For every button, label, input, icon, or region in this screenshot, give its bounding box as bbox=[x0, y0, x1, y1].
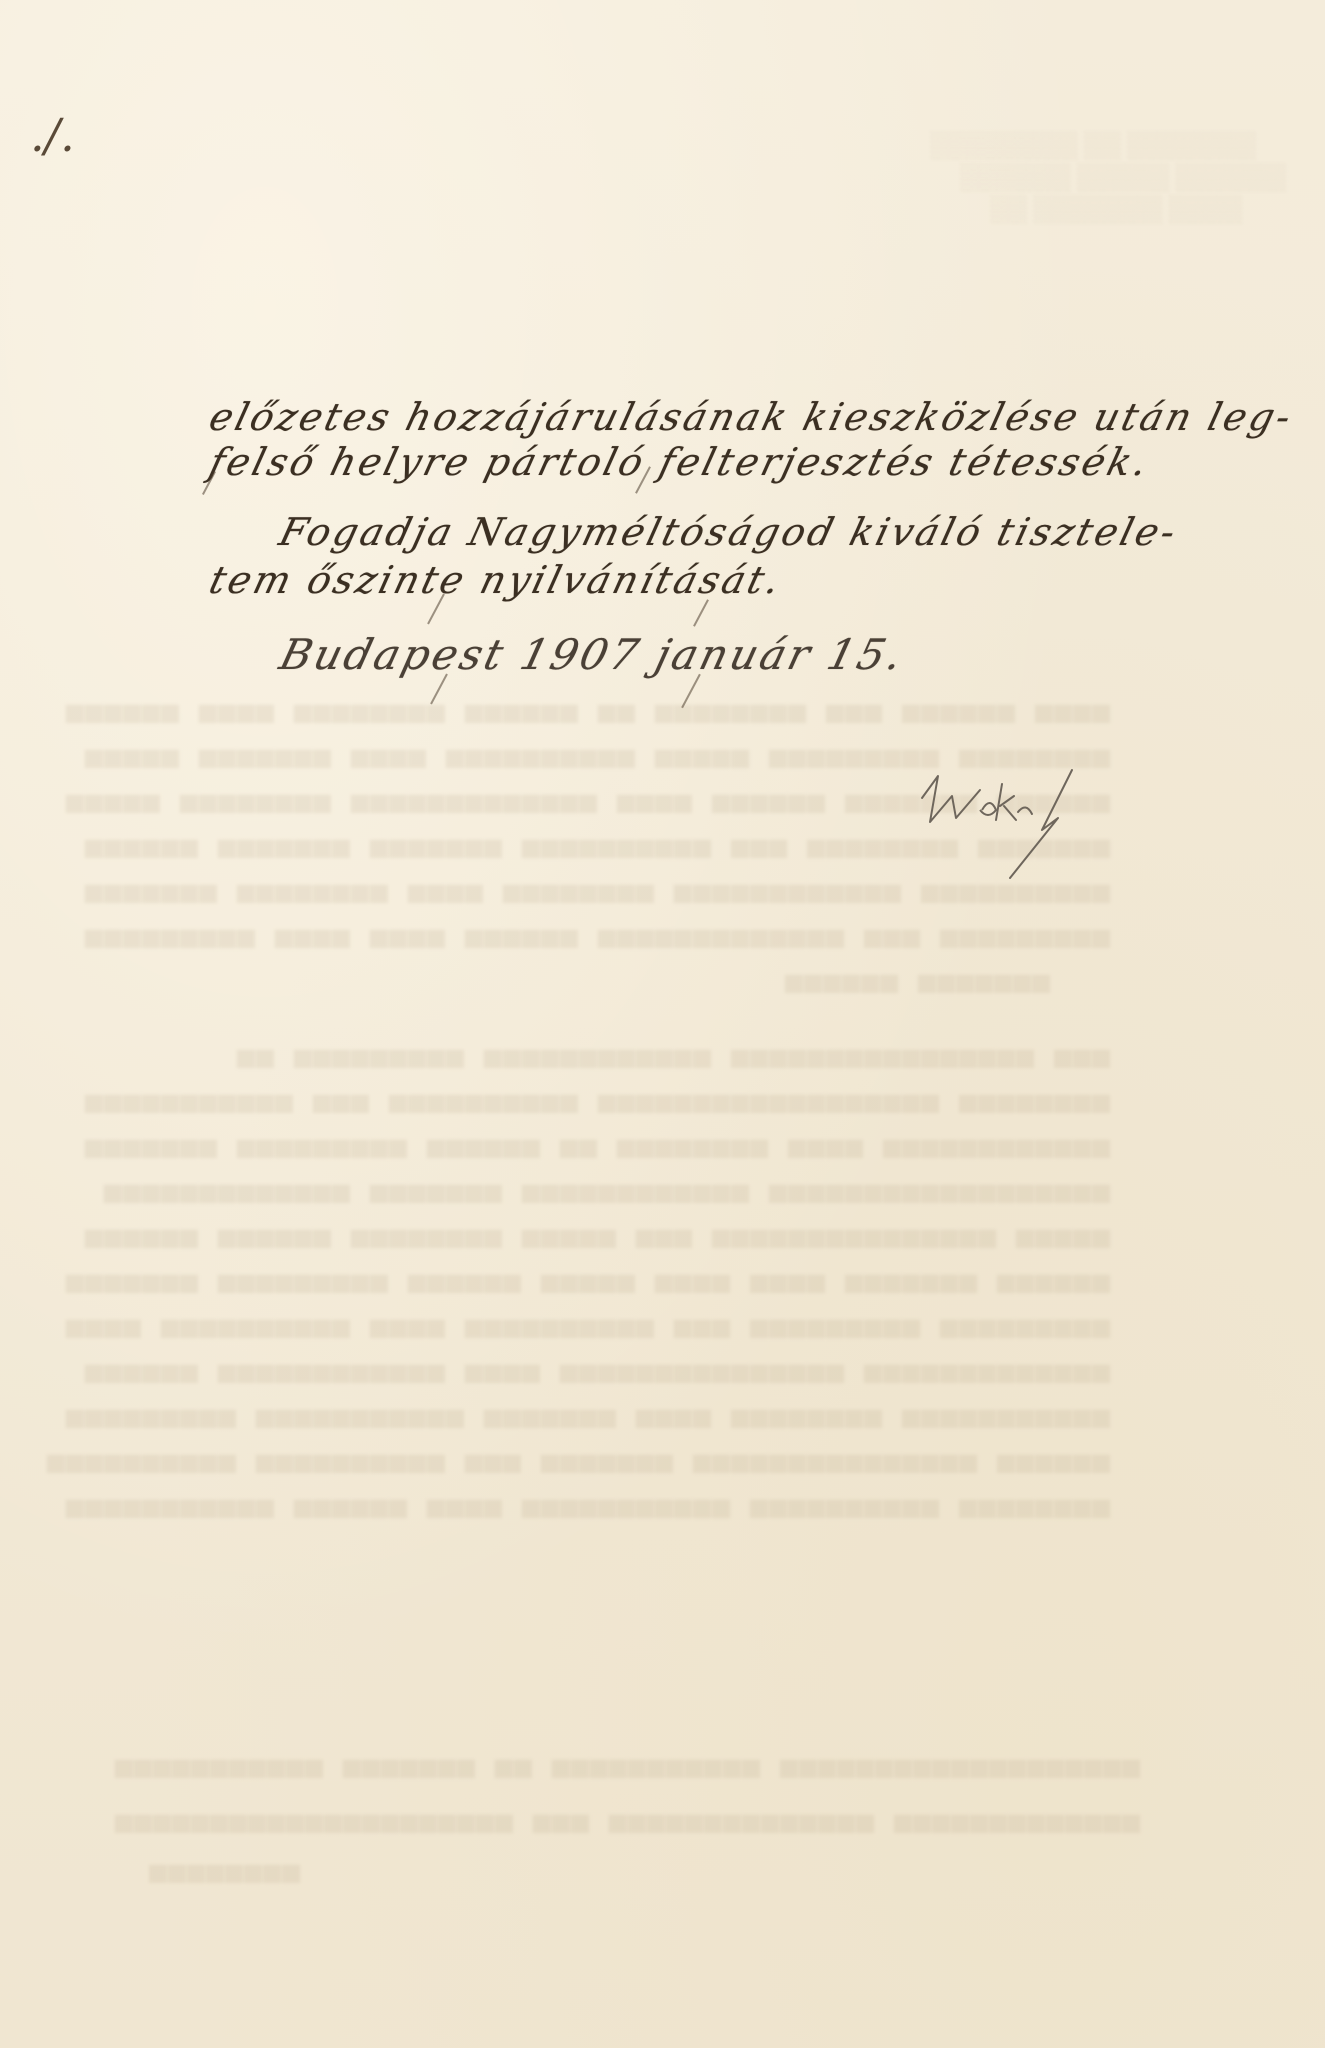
bleed-through-line: ▄▄▄▄▄▄▄ ▄▄▄▄▄▄ bbox=[700, 960, 1050, 994]
bleed-through-line: ▄▄▄▄▄▄▄▄▄▄▄ ▄▄▄▄▄▄▄▄ ▄▄▄▄ ▄▄▄▄▄▄▄ ▄▄▄▄▄▄… bbox=[0, 1395, 1110, 1429]
letter-line-4: tem őszinte nyilvánítását. bbox=[205, 558, 787, 602]
signature-icon bbox=[910, 760, 1110, 880]
bleed-through-header: ▒▒▒▒ ▒▒▒▒▒▒▒ ▒▒ bbox=[990, 194, 1242, 224]
bleed-through-header: ▒▒▒▒▒▒ ▒▒▒▒▒ ▒▒▒▒▒▒ bbox=[960, 162, 1286, 192]
bleed-through-line: ▄▄▄▄▄▄▄▄▄ ▄▄▄▄▄▄▄▄▄ ▄▄▄ ▄▄▄▄▄▄▄▄▄▄ ▄▄▄▄ … bbox=[0, 1305, 1110, 1339]
bleed-through-line: ▄▄▄▄ ▄▄▄▄▄▄ ▄▄▄ ▄▄▄▄▄▄▄▄ ▄▄ ▄▄▄▄▄▄ ▄▄▄▄▄… bbox=[0, 690, 1110, 724]
bleed-through-line: ▄▄▄ ▄▄▄▄▄▄▄▄▄▄▄▄▄▄▄▄ ▄▄▄▄▄▄▄▄▄▄▄▄ ▄▄▄▄▄▄… bbox=[0, 1035, 1110, 1069]
letter-line-1: előzetes hozzájárulásának kieszközlése u… bbox=[205, 395, 1298, 439]
bleed-through-line: ▄▄▄▄▄▄▄▄ ▄▄▄▄▄▄▄▄▄▄▄▄▄▄▄▄▄▄ ▄▄▄▄▄▄▄▄▄▄ ▄… bbox=[0, 1080, 1110, 1114]
document-page: ▒▒▒▒▒▒▒ ▒▒ ▒▒▒▒▒▒▒▒ ▒▒▒▒▒▒ ▒▒▒▒▒ ▒▒▒▒▒▒ … bbox=[0, 0, 1325, 2048]
letter-line-2: felső helyre pártoló felterjesztés tétes… bbox=[205, 440, 1155, 484]
bleed-through-line: ▄▄▄▄▄ ▄▄▄▄▄▄▄▄▄▄▄▄▄▄▄ ▄▄▄ ▄▄▄▄▄ ▄▄▄▄▄▄▄▄… bbox=[0, 1215, 1110, 1249]
bleed-through-line: ▄▄▄▄▄▄▄▄ ▄▄▄▄▄▄▄▄▄▄ ▄▄▄▄▄▄▄▄▄▄▄ ▄▄▄▄ ▄▄▄… bbox=[0, 1485, 1110, 1519]
bleed-through-line: ▄▄▄▄▄▄▄▄ bbox=[0, 1850, 300, 1884]
bleed-through-line: ▄▄▄▄▄▄ ▄▄▄▄▄▄▄ ▄▄▄▄ ▄▄▄▄ ▄▄▄▄▄ ▄▄▄▄▄▄ ▄▄… bbox=[0, 1260, 1110, 1294]
bleed-through-line: ▄▄▄▄▄▄▄▄▄▄▄▄▄ ▄▄▄▄▄▄▄▄▄▄▄▄▄▄▄ ▄▄▄▄ ▄▄▄▄▄… bbox=[0, 1350, 1110, 1384]
bleed-through-header: ▒▒▒▒▒▒▒ ▒▒ ▒▒▒▒▒▒▒▒ bbox=[930, 130, 1256, 160]
letter-line-3: Fogadja Nagyméltóságod kiváló tisztele- bbox=[275, 510, 1183, 554]
bleed-through-line: ▄▄▄▄▄▄▄▄▄▄▄▄ ▄▄▄▄ ▄▄▄▄▄▄▄▄ ▄▄ ▄▄▄▄▄▄ ▄▄▄… bbox=[0, 1125, 1110, 1159]
bleed-through-line: ▄▄▄▄▄▄ ▄▄▄▄▄▄▄▄▄▄▄▄▄▄▄ ▄▄▄▄▄▄▄ ▄▄▄ ▄▄▄▄▄… bbox=[0, 1440, 1110, 1474]
bleed-through-line: ▄▄▄▄▄▄▄▄▄▄▄▄▄ ▄▄▄▄▄▄▄▄▄▄▄▄▄▄ ▄▄▄ ▄▄▄▄▄▄▄… bbox=[0, 1800, 1140, 1834]
bleed-through-line: ▄▄▄▄▄▄▄▄▄▄▄▄▄▄▄▄▄▄▄ ▄▄▄▄▄▄▄▄▄▄▄ ▄▄ ▄▄▄▄▄… bbox=[0, 1745, 1140, 1779]
signature: Wekerle bbox=[910, 760, 1110, 880]
place-date: Budapest 1907 január 15. bbox=[275, 630, 910, 679]
bleed-through-line: ▄▄▄▄▄▄▄▄▄▄▄▄▄▄▄▄▄▄ ▄▄▄▄▄▄▄▄▄▄▄▄ ▄▄▄▄▄▄▄ … bbox=[0, 1170, 1110, 1204]
bleed-through-line: ▄▄▄▄▄▄▄▄▄ ▄▄▄ ▄▄▄▄▄▄▄▄▄▄▄▄▄ ▄▄▄▄▄▄ ▄▄▄▄ … bbox=[0, 915, 1110, 949]
ink-stroke bbox=[693, 599, 709, 626]
page-continuation-mark: ./. bbox=[30, 108, 75, 162]
